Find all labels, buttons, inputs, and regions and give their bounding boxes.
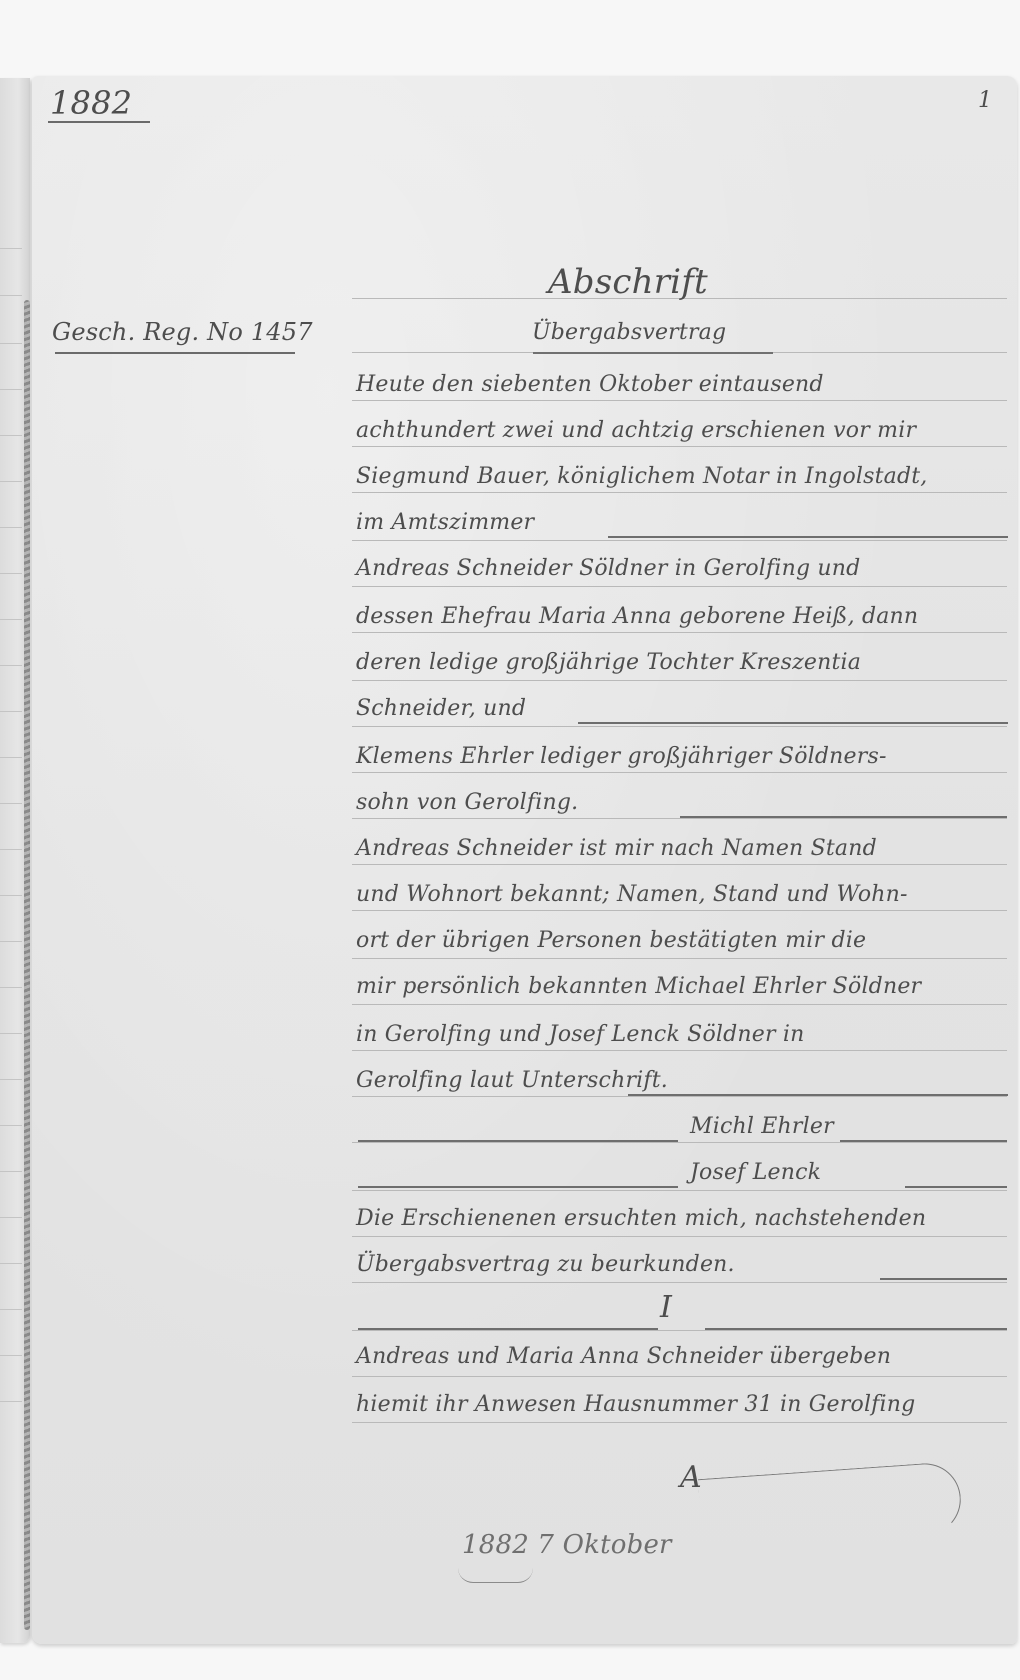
document-line: Übergabsvertrag zu beurkunden. [356,1252,735,1277]
fill-dash [578,722,1008,724]
document-line: Schneider, und [356,696,526,721]
ruled-line [352,632,1007,633]
ruled-line [352,492,1007,493]
document-line: achthundert zwei und achtzig erschienen … [356,418,916,443]
ruled-line [352,910,1007,911]
ruled-line [352,1096,1007,1097]
ruled-line [352,586,1007,587]
fill-dash [608,536,1008,538]
document-line: hiemit ihr Anwesen Hausnummer 31 in Gero… [356,1392,915,1417]
document-line: im Amtszimmer [356,510,534,535]
document-line: sohn von Gerolfing. [356,790,578,815]
page-number: 1 [978,88,992,113]
document-line: ort der übrigen Personen bestätigten mir… [356,928,866,953]
document-line: mir persönlich bekannten Michael Ehrler … [356,974,921,999]
fill-dash [358,1140,678,1142]
ruled-line [352,1376,1007,1377]
ruled-line [352,772,1007,773]
document-line: Heute den siebenten Oktober eintausend [356,372,824,397]
fill-dash [358,1186,678,1188]
registry-reference: Gesch. Reg. No 1457 [52,318,313,346]
ruled-line [352,958,1007,959]
document-line: Klemens Ehrler lediger großjähriger Söld… [356,744,887,769]
year-underline [48,121,150,123]
document-line: Michl Ehrler [690,1114,834,1139]
document-subtitle: Übergabsvertrag [532,320,726,345]
document-title: Abschrift [548,262,708,302]
ruled-line [352,540,1007,541]
section-rule [705,1328,1007,1330]
pencil-underline [458,1568,533,1583]
fill-dash [680,816,1007,818]
binding-string [24,300,30,1630]
year-mark: 1882 [50,84,132,122]
fill-dash [905,1186,1007,1188]
ruled-line [352,446,1007,447]
ruled-line [352,680,1007,681]
ruled-line [352,1282,1007,1283]
document-line: und Wohnort bekannt; Namen, Stand und Wo… [356,882,908,907]
ruled-line [352,1190,1007,1191]
document-line: Gerolfing laut Unterschrift. [356,1068,668,1093]
document-line: Andreas Schneider Söldner in Gerolfing u… [356,556,860,581]
fill-dash [628,1094,1008,1096]
fill-dash [840,1140,1007,1142]
document-line: Josef Lenck [690,1160,821,1185]
ruled-line [352,1050,1007,1051]
document-line: Die Erschienenen ersuchten mich, nachste… [356,1206,926,1231]
reference-underline [55,352,295,354]
ruled-line [352,726,1007,727]
document-line: Andreas Schneider ist mir nach Namen Sta… [356,836,877,861]
ruled-line [352,1004,1007,1005]
ruled-line [352,1422,1007,1423]
ruled-line [352,1142,1007,1143]
fill-dash [880,1278,1007,1280]
document-line: Siegmund Bauer, königlichem Notar in Ing… [356,464,928,489]
section-rule [358,1328,658,1330]
document-line: deren ledige großjährige Tochter Kreszen… [356,650,861,675]
ruled-line [352,818,1007,819]
ruled-line [352,864,1007,865]
ruled-line [352,1330,1007,1331]
document-line: in Gerolfing und Josef Lenck Söldner in [356,1022,805,1047]
document-line: dessen Ehefrau Maria Anna geborene Heiß,… [356,604,918,629]
section-number: I [660,1290,672,1325]
pencil-date-note: 1882 7 Oktober [462,1530,672,1560]
ruled-line [352,1236,1007,1237]
ruled-line [352,400,1007,401]
subtitle-underline [533,352,773,354]
document-line: Andreas und Maria Anna Schneider übergeb… [356,1344,891,1369]
